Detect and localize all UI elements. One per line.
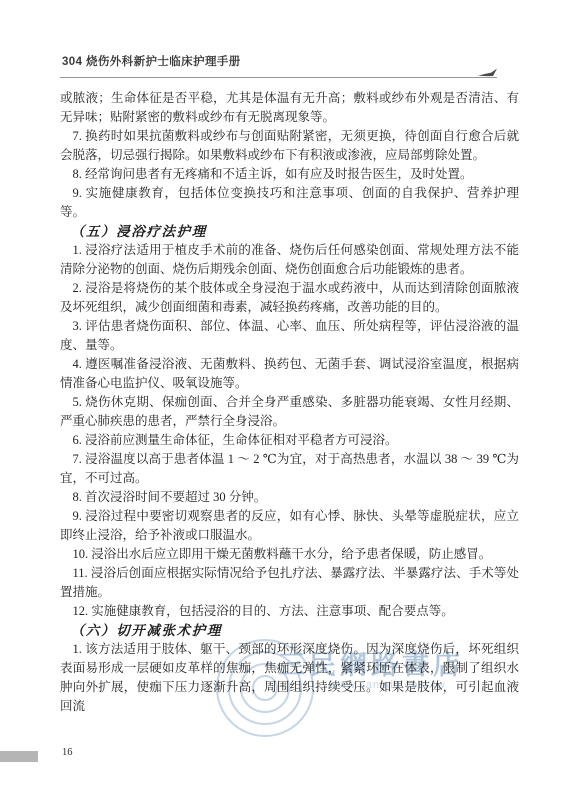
list-item: 3. 评估患者烧伤面积、部位、体温、心率、血压、所处病程等，评估浸浴液的温度、量…: [60, 317, 519, 355]
list-item: 1. 浸浴疗法适用于植皮手术前的准备、烧伤后任何感染创面、常规处理方法不能清除分…: [60, 241, 519, 279]
list-item: 4. 遵医嘱准备浸浴液、无菌敷料、换药包、无菌手套、调试浸浴室温度，根据病情准备…: [60, 355, 519, 393]
list-item: 9. 实施健康教育，包括体位变换技巧和注意事项、创面的自我保护、营养护理等。: [60, 184, 519, 222]
book-page: 三民網路書店 www.sanmin.com.tw 304 烧伤外科新护士临床护理…: [0, 0, 575, 800]
body-paragraph: 或脓液；生命体征是否平稳，尤其是体温有无升高；敷料或纱布外观是否清洁、有无异味；…: [60, 89, 519, 127]
header-rule: [60, 77, 497, 78]
list-item: 8. 经常询问患者有无疼痛和不适主诉，如有应及时报告医生，及时处置。: [60, 165, 519, 184]
list-item: 9. 浸浴过程中要密切观察患者的反应，如有心悸、脉快、头晕等虚脱症状，应立即终止…: [60, 507, 519, 545]
list-item: 8. 首次浸浴时间不要超过 30 分钟。: [60, 488, 519, 507]
section-heading-soaking-therapy: （五）浸浴疗法护理: [60, 222, 519, 241]
list-item: 7. 换药时如果抗菌敷料或纱布与创面贴附紧密，无须更换，待创面自行愈合后就会脱落…: [60, 127, 519, 165]
header-flick-mark-icon: [478, 68, 498, 78]
page-number: 16: [62, 747, 73, 758]
list-item: 10. 浸浴出水后应立即用干燥无菌敷料蘸干水分，给予患者保暖，防止感冒。: [60, 545, 519, 564]
list-item: 5. 烧伤休克期、保痂创面、合并全身严重感染、多脏器功能衰竭、女性月经期、严重心…: [60, 393, 519, 431]
section-heading-escharotomy: （六）切开减张术护理: [60, 621, 519, 640]
list-item: 6. 浸浴前应测量生命体征，生命体征相对平稳者方可浸浴。: [60, 431, 519, 450]
list-item: 12. 实施健康教育，包括浸浴的目的、方法、注意事项、配合要点等。: [60, 602, 519, 621]
page-edge-tab: [0, 751, 38, 762]
list-item: 2. 浸浴是将烧伤的某个肢体或全身浸泡于温水或药液中，从而达到清除创面脓液及坏死…: [60, 279, 519, 317]
page-body-text: 或脓液；生命体征是否平稳，尤其是体温有无升高；敷料或纱布外观是否清洁、有无异味；…: [60, 89, 519, 716]
list-item: 1. 该方法适用于肢体、躯干、颈部的环形深度烧伤。因为深度烧伤后，坏死组织表面易…: [60, 640, 519, 716]
list-item: 7. 浸浴温度以高于患者体温 1 ～ 2 ℃为宜，对于高热患者，水温以 38 ～…: [60, 450, 519, 488]
list-item: 11. 浸浴后创面应根据实际情况给予包扎疗法、暴露疗法、半暴露疗法、手术等处置措…: [60, 564, 519, 602]
running-head-title: 304 烧伤外科新护士临床护理手册: [62, 53, 241, 69]
